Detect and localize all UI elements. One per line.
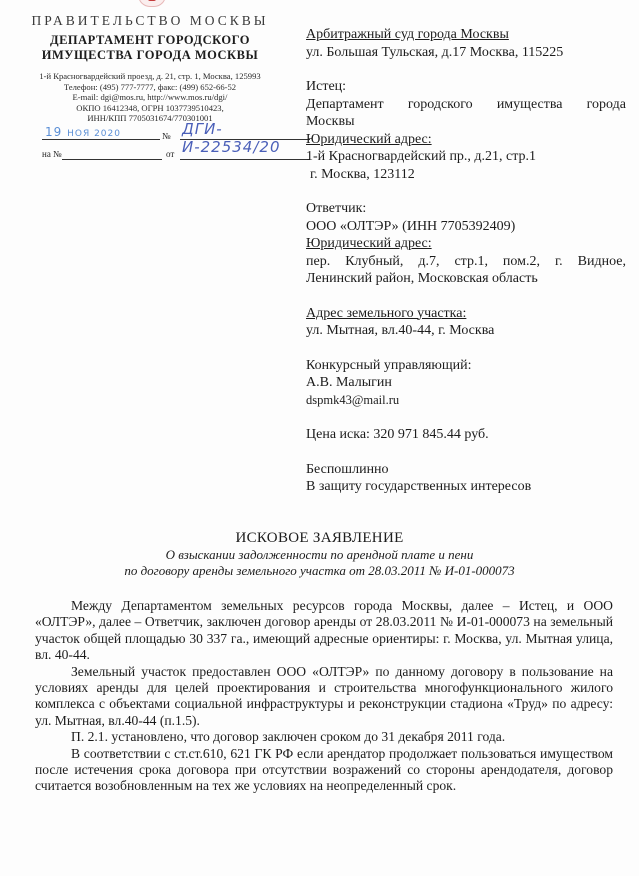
body-paragraph: П. 2.1. установлено, что договор заключе… (35, 729, 613, 745)
court-address: ул. Большая Тульская, д.17 Москва, 11522… (306, 44, 626, 62)
defendant-name: ООО «ОЛТЭР» (ИНН 7705392409) (306, 218, 626, 236)
body-paragraph: Земельный участок предоставлен ООО «ОЛТЭ… (35, 664, 613, 730)
department-phone: Телефон: (495) 777-7777, факс: (499) 652… (0, 82, 300, 93)
department-name-line2: ИМУЩЕСТВА ГОРОДА МОСКВЫ (0, 48, 300, 63)
date-stamp-month-year: НОЯ 2020 (67, 129, 121, 139)
department-email-web: E-mail: dgi@mos.ru, http://www.mos.ru/dg… (0, 92, 300, 103)
department-name-line1: ДЕПАРТАМЕНТ ГОРОДСКОГО (0, 33, 300, 48)
addressee-block: Арбитражный суд города Москвы ул. Больша… (306, 26, 626, 496)
plaintiff-label: Истец: (306, 78, 626, 96)
date-stamp-day: 19 (45, 125, 62, 139)
registration-row: 19 НОЯ 2020 № ДГИ-И-22534/20 (40, 125, 310, 143)
reference-number-label: на № (42, 149, 62, 159)
reference-row: на № от (40, 149, 310, 163)
land-plot-address: ул. Мытная, вл.40-44, г. Москва (306, 322, 626, 340)
court-name: Арбитражный суд города Москвы (306, 26, 626, 44)
number-label: № (162, 131, 171, 141)
plaintiff-address-line2: г. Москва, 123112 (306, 166, 626, 184)
number-underline (180, 139, 310, 140)
body-paragraph: В соответствии с ст.ст.610, 621 ГК РФ ес… (35, 746, 613, 795)
plaintiff-name-line2: Москвы (306, 113, 626, 131)
moscow-coat-of-arms-icon (138, 0, 166, 7)
plaintiff-address-line1: 1-й Красногвардейский пр., д.21, стр.1 (306, 148, 626, 166)
department-contacts: 1-й Красногвардейский проезд, д. 21, стр… (0, 71, 300, 124)
sender-letterhead: ПРАВИТЕЛЬСТВО МОСКВЫ ДЕПАРТАМЕНТ ГОРОДСК… (0, 10, 300, 124)
bankruptcy-manager-label: Конкурсный управляющий: (306, 357, 626, 375)
bankruptcy-manager-name: А.В. Малыгин (306, 374, 626, 392)
date-stamp: 19 НОЯ 2020 (45, 125, 121, 139)
reference-date-label: от (166, 149, 174, 159)
department-okpo-ogrn: ОКПО 16412348, ОГРН 1037739510423, (0, 103, 300, 114)
document-title-block: ИСКОВОЕ ЗАЯВЛЕНИЕ О взыскании задолженно… (0, 530, 639, 579)
plaintiff-name-line1: Департамент городского имущества города (306, 96, 626, 114)
reference-number-underline (62, 159, 162, 160)
date-underline (42, 139, 160, 140)
department-address: 1-й Красногвардейский проезд, д. 21, стр… (0, 71, 300, 82)
reference-date-underline (180, 159, 310, 160)
body-paragraph: Между Департаментом земельных ресурсов г… (35, 598, 613, 664)
claim-price: Цена иска: 320 971 845.44 руб. (306, 426, 626, 444)
state-interest-note: В защиту государственных интересов (306, 478, 626, 496)
document-subtitle-line1: О взыскании задолженности по арендной пл… (0, 547, 639, 563)
defendant-label: Ответчик: (306, 200, 626, 218)
plaintiff-legal-address-label: Юридический адрес: (306, 131, 626, 149)
defendant-legal-address-label: Юридический адрес: (306, 235, 626, 253)
department-name: ДЕПАРТАМЕНТ ГОРОДСКОГО ИМУЩЕСТВА ГОРОДА … (0, 33, 300, 63)
duty-exempt-note: Беспошлинно (306, 461, 626, 479)
defendant-address-line1: пер. Клубный, д.7, стр.1, пом.2, г. Видн… (306, 253, 626, 271)
bankruptcy-manager-email: dspmk43@mail.ru (306, 392, 626, 410)
land-plot-address-label: Адрес земельного участка: (306, 305, 626, 323)
government-name: ПРАВИТЕЛЬСТВО МОСКВЫ (0, 13, 300, 29)
defendant-address-line2: Ленинский район, Московская область (306, 270, 626, 288)
document-subtitle-line2: по договору аренды земельного участка от… (0, 563, 639, 579)
document-title: ИСКОВОЕ ЗАЯВЛЕНИЕ (0, 530, 639, 547)
document-body: Между Департаментом земельных ресурсов г… (35, 598, 613, 795)
